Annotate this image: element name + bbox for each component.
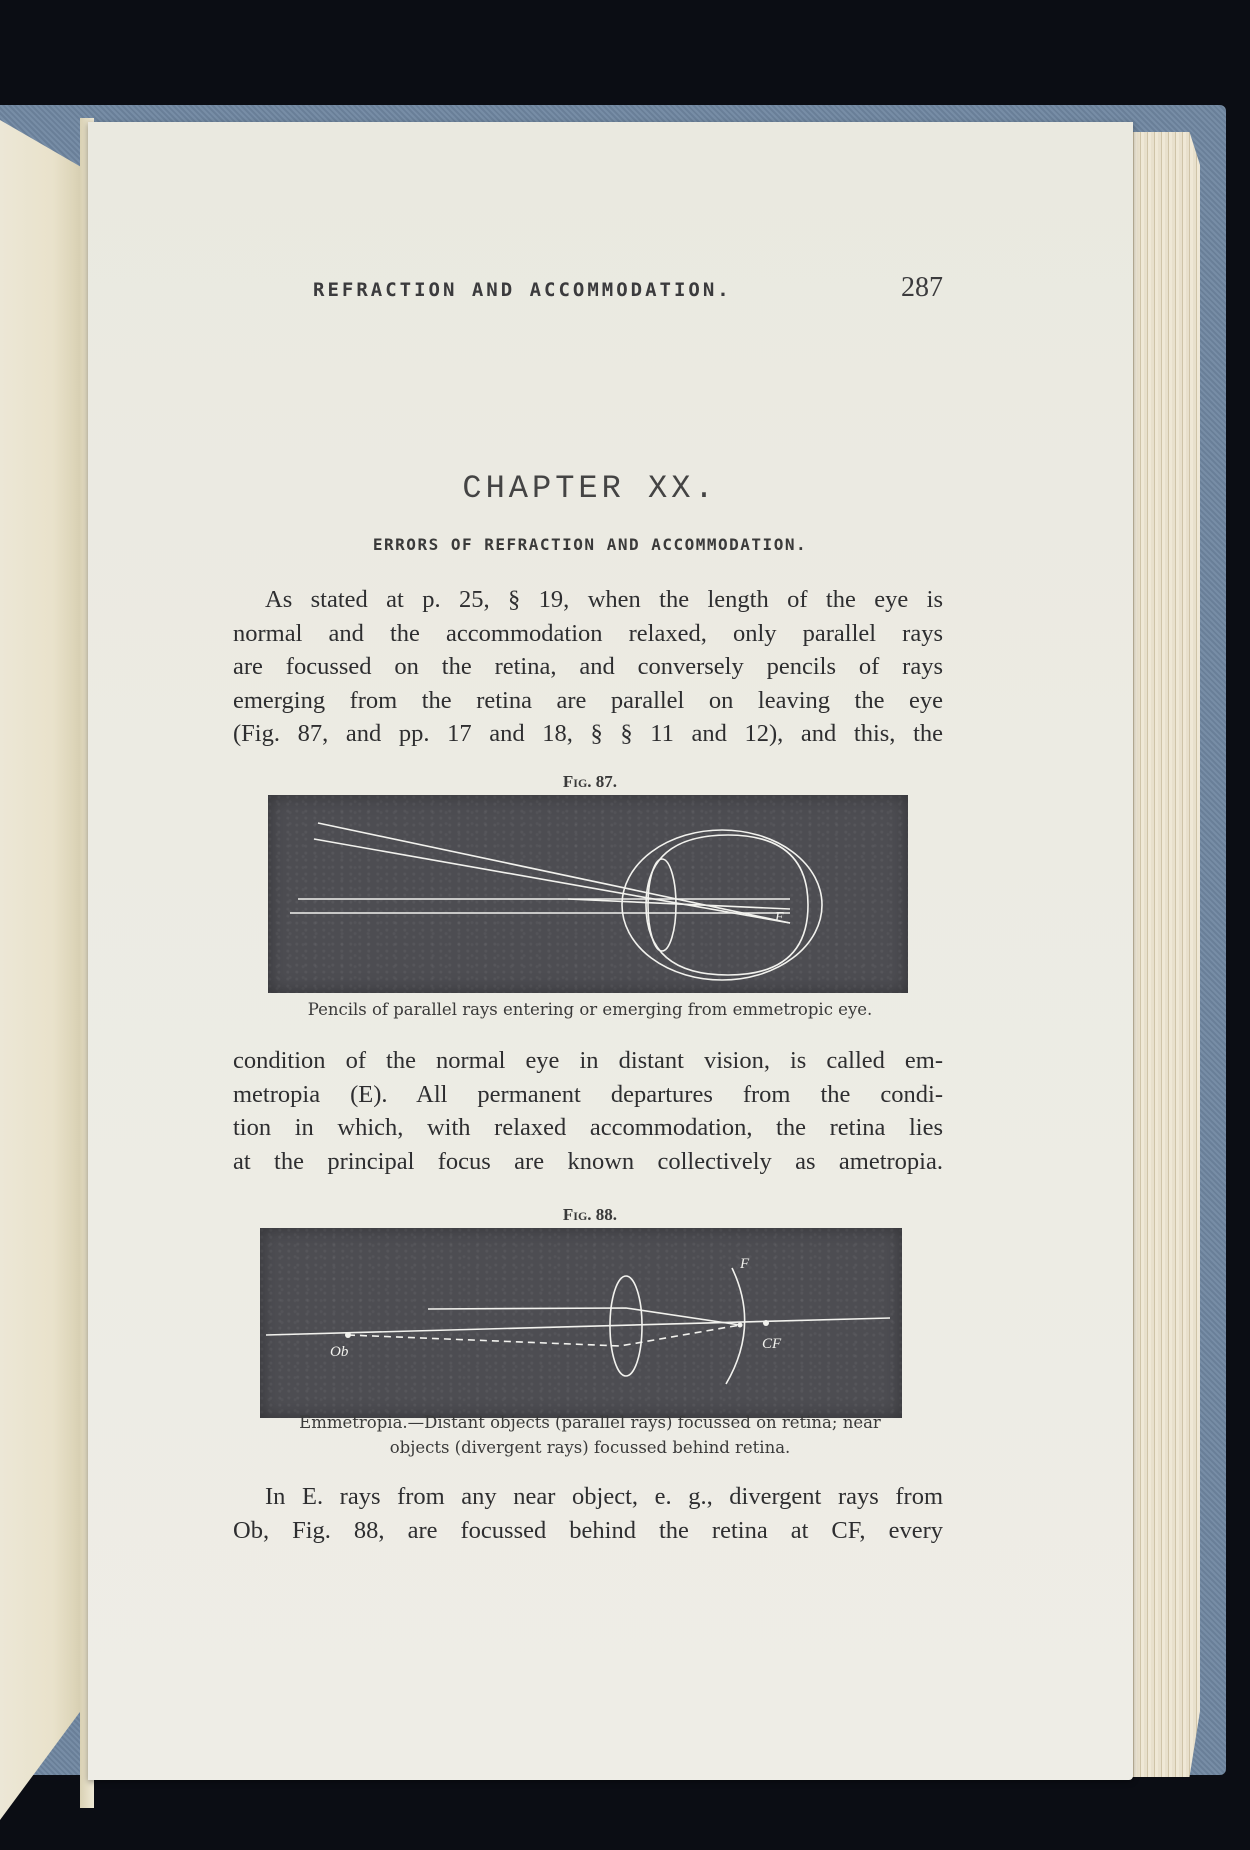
figure-87-label: Fig. 87. — [240, 772, 940, 792]
figure-88-diagram: Ob F CF — [260, 1228, 902, 1418]
lens-diagram-icon: Ob F CF — [260, 1228, 902, 1418]
text-line: at the principal focus are known collect… — [233, 1145, 943, 1179]
caption-line: objects (divergent rays) focussed behind… — [240, 1435, 940, 1460]
page-number: 287 — [901, 272, 943, 304]
caption-line: Pencils of parallel rays entering or eme… — [240, 997, 940, 1022]
caption-line: Emmetropia.—Distant objects (parallel ra… — [240, 1410, 940, 1435]
paragraph-1: As stated at p. 25, § 19, when the lengt… — [233, 583, 943, 751]
text-line: In E. rays from any near object, e. g., … — [233, 1480, 943, 1514]
text-line: condition of the normal eye in distant v… — [233, 1044, 943, 1078]
svg-text:CF: CF — [762, 1336, 782, 1352]
chapter-subtitle: ERRORS OF REFRACTION AND ACCOMMODATION. — [240, 535, 940, 554]
svg-text:Ob: Ob — [330, 1344, 349, 1360]
running-title: REFRACTION AND ACCOMMODATION. — [313, 279, 732, 301]
text-line: are focussed on the retina, and converse… — [233, 650, 943, 684]
eye-diagram-icon: F — [268, 795, 908, 993]
left-page — [0, 120, 88, 1820]
figure-87-caption: Pencils of parallel rays entering or eme… — [240, 997, 940, 1022]
svg-text:F: F — [739, 1256, 750, 1272]
text-line: Ob, Fig. 88, are focussed behind the ret… — [233, 1514, 943, 1548]
text-line: tion in which, with relaxed accommodatio… — [233, 1111, 943, 1145]
text-line: (Fig. 87, and pp. 17 and 18, § § 11 and … — [233, 717, 943, 751]
figure-87-diagram: F — [268, 795, 908, 993]
text-line: normal and the accommodation relaxed, on… — [233, 617, 943, 651]
running-head: REFRACTION AND ACCOMMODATION. 287 — [313, 272, 943, 304]
text-line: As stated at p. 25, § 19, when the lengt… — [233, 583, 943, 617]
paragraph-3: In E. rays from any near object, e. g., … — [233, 1480, 943, 1547]
chapter-title: CHAPTER XX. — [240, 470, 940, 507]
figure-88-label: Fig. 88. — [240, 1205, 940, 1225]
paragraph-2: condition of the normal eye in distant v… — [233, 1044, 943, 1178]
text-line: emerging from the retina are parallel on… — [233, 684, 943, 718]
text-line: metropia (E). All permanent departures f… — [233, 1078, 943, 1112]
svg-text:F: F — [774, 910, 784, 925]
page-edges — [1130, 132, 1200, 1777]
figure-88-caption: Emmetropia.—Distant objects (parallel ra… — [240, 1410, 940, 1460]
